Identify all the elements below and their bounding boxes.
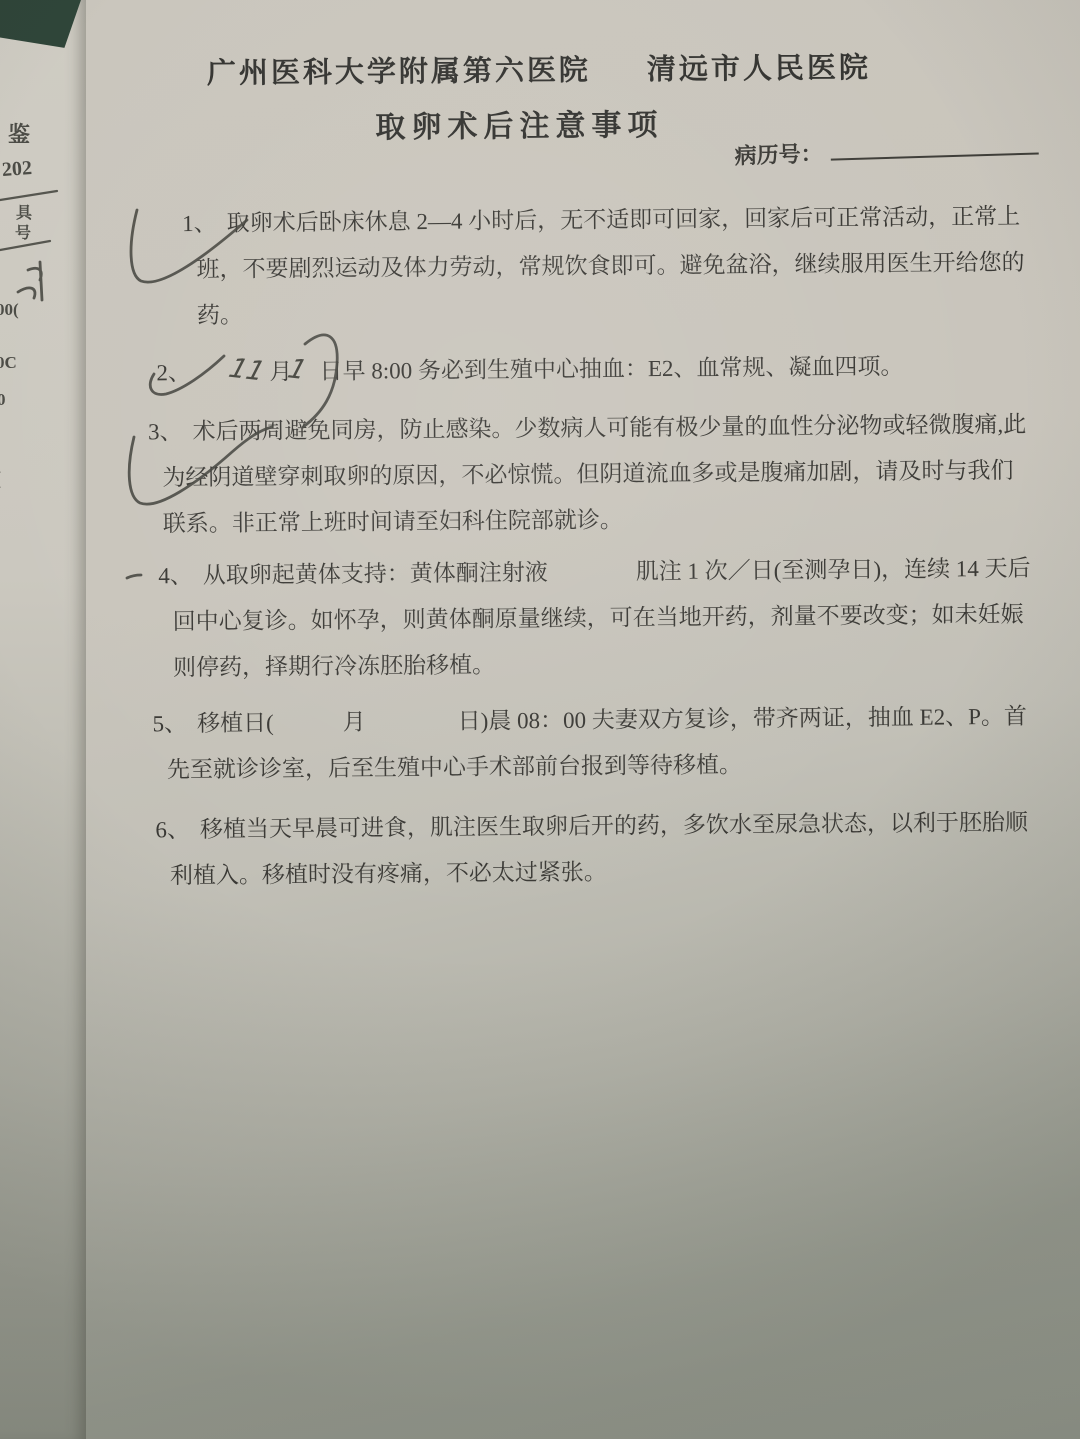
item-number: 2、 xyxy=(156,360,191,385)
item-number: 4、 xyxy=(158,563,193,588)
list-item-1: 1、取卵术后卧床休息 2—4 小时后，无不适即可回家，回家后可正常活动，正常上班… xyxy=(182,194,1033,339)
handwritten-month: 11 xyxy=(236,348,269,395)
document-header: 广州医科大学附属第六医院清远市人民医院 xyxy=(0,43,1079,93)
item-text-before-blank: 从取卵起黄体支持：黄体酮注射液 xyxy=(203,560,548,588)
dosage-blank-space xyxy=(548,579,636,580)
list-item-3: 3、术后两周避免同房，防止感染。少数病人可能有极少量的血性分泌物或轻微腹痛,此为… xyxy=(148,402,1035,548)
item-number: 1、 xyxy=(182,211,217,236)
list-item-5: 5、移植日( 月 日)晨 08：00 夫妻双方复诊，带齐两证，抽血 E2、P。首… xyxy=(152,694,1037,794)
handwritten-day: 1 xyxy=(296,348,312,393)
item-text: 日早 8:00 务必到生殖中心抽血：E2、血常规、凝血四项。 xyxy=(319,354,903,384)
item-text: 移植日( 月 日)晨 08：00 夫妻双方复诊，带齐两证，抽血 E2、P。首先至… xyxy=(167,704,1027,783)
item-number: 3、 xyxy=(148,419,183,444)
item-text: 术后两周避免同房，防止感染。少数病人可能有极少量的血性分泌物或轻微腹痛,此为经阴… xyxy=(162,412,1026,537)
under-paper-fragment: ( xyxy=(0,468,1,489)
hospital-name-right: 清远市人民医院 xyxy=(647,52,871,86)
item-text: 移植当天早晨可进食，肌注医生取卵后开的药，多饮水至尿急状态，以利于胚胎顺利植入。… xyxy=(170,810,1028,888)
item-text: 取卵术后卧床休息 2—4 小时后，无不适即可回家，回家后可正常活动，正常上班，不… xyxy=(196,204,1024,328)
document-page: 广州医科大学附属第六医院清远市人民医院 取卵术后注意事项 病历号： 1、取卵术后… xyxy=(0,0,1080,1439)
list-item-6: 6、移植当天早晨可进食，肌注医生取卵后开的药，多饮水至尿急状态，以利于胚胎顺利植… xyxy=(155,800,1038,900)
record-number-label: 病历号： xyxy=(734,141,823,169)
item-number: 6、 xyxy=(155,817,190,842)
item-number: 5、 xyxy=(152,711,187,736)
photographed-document: 鉴 202 具 号 00( 0C 0 ( 广州医科大学附属第六医院清远市人民医院… xyxy=(0,0,1080,1439)
list-item-4: 4、从取卵起黄体支持：黄体酮注射液肌注 1 次／日(至测孕日)，连续 14 天后… xyxy=(158,546,1037,692)
list-item-2: 2、11月1日早 8:00 务必到生殖中心抽血：E2、血常规、凝血四项。 xyxy=(156,342,1050,397)
hospital-name-left: 广州医科大学附属第六医院 xyxy=(207,55,591,90)
record-number-blank xyxy=(830,132,1039,160)
